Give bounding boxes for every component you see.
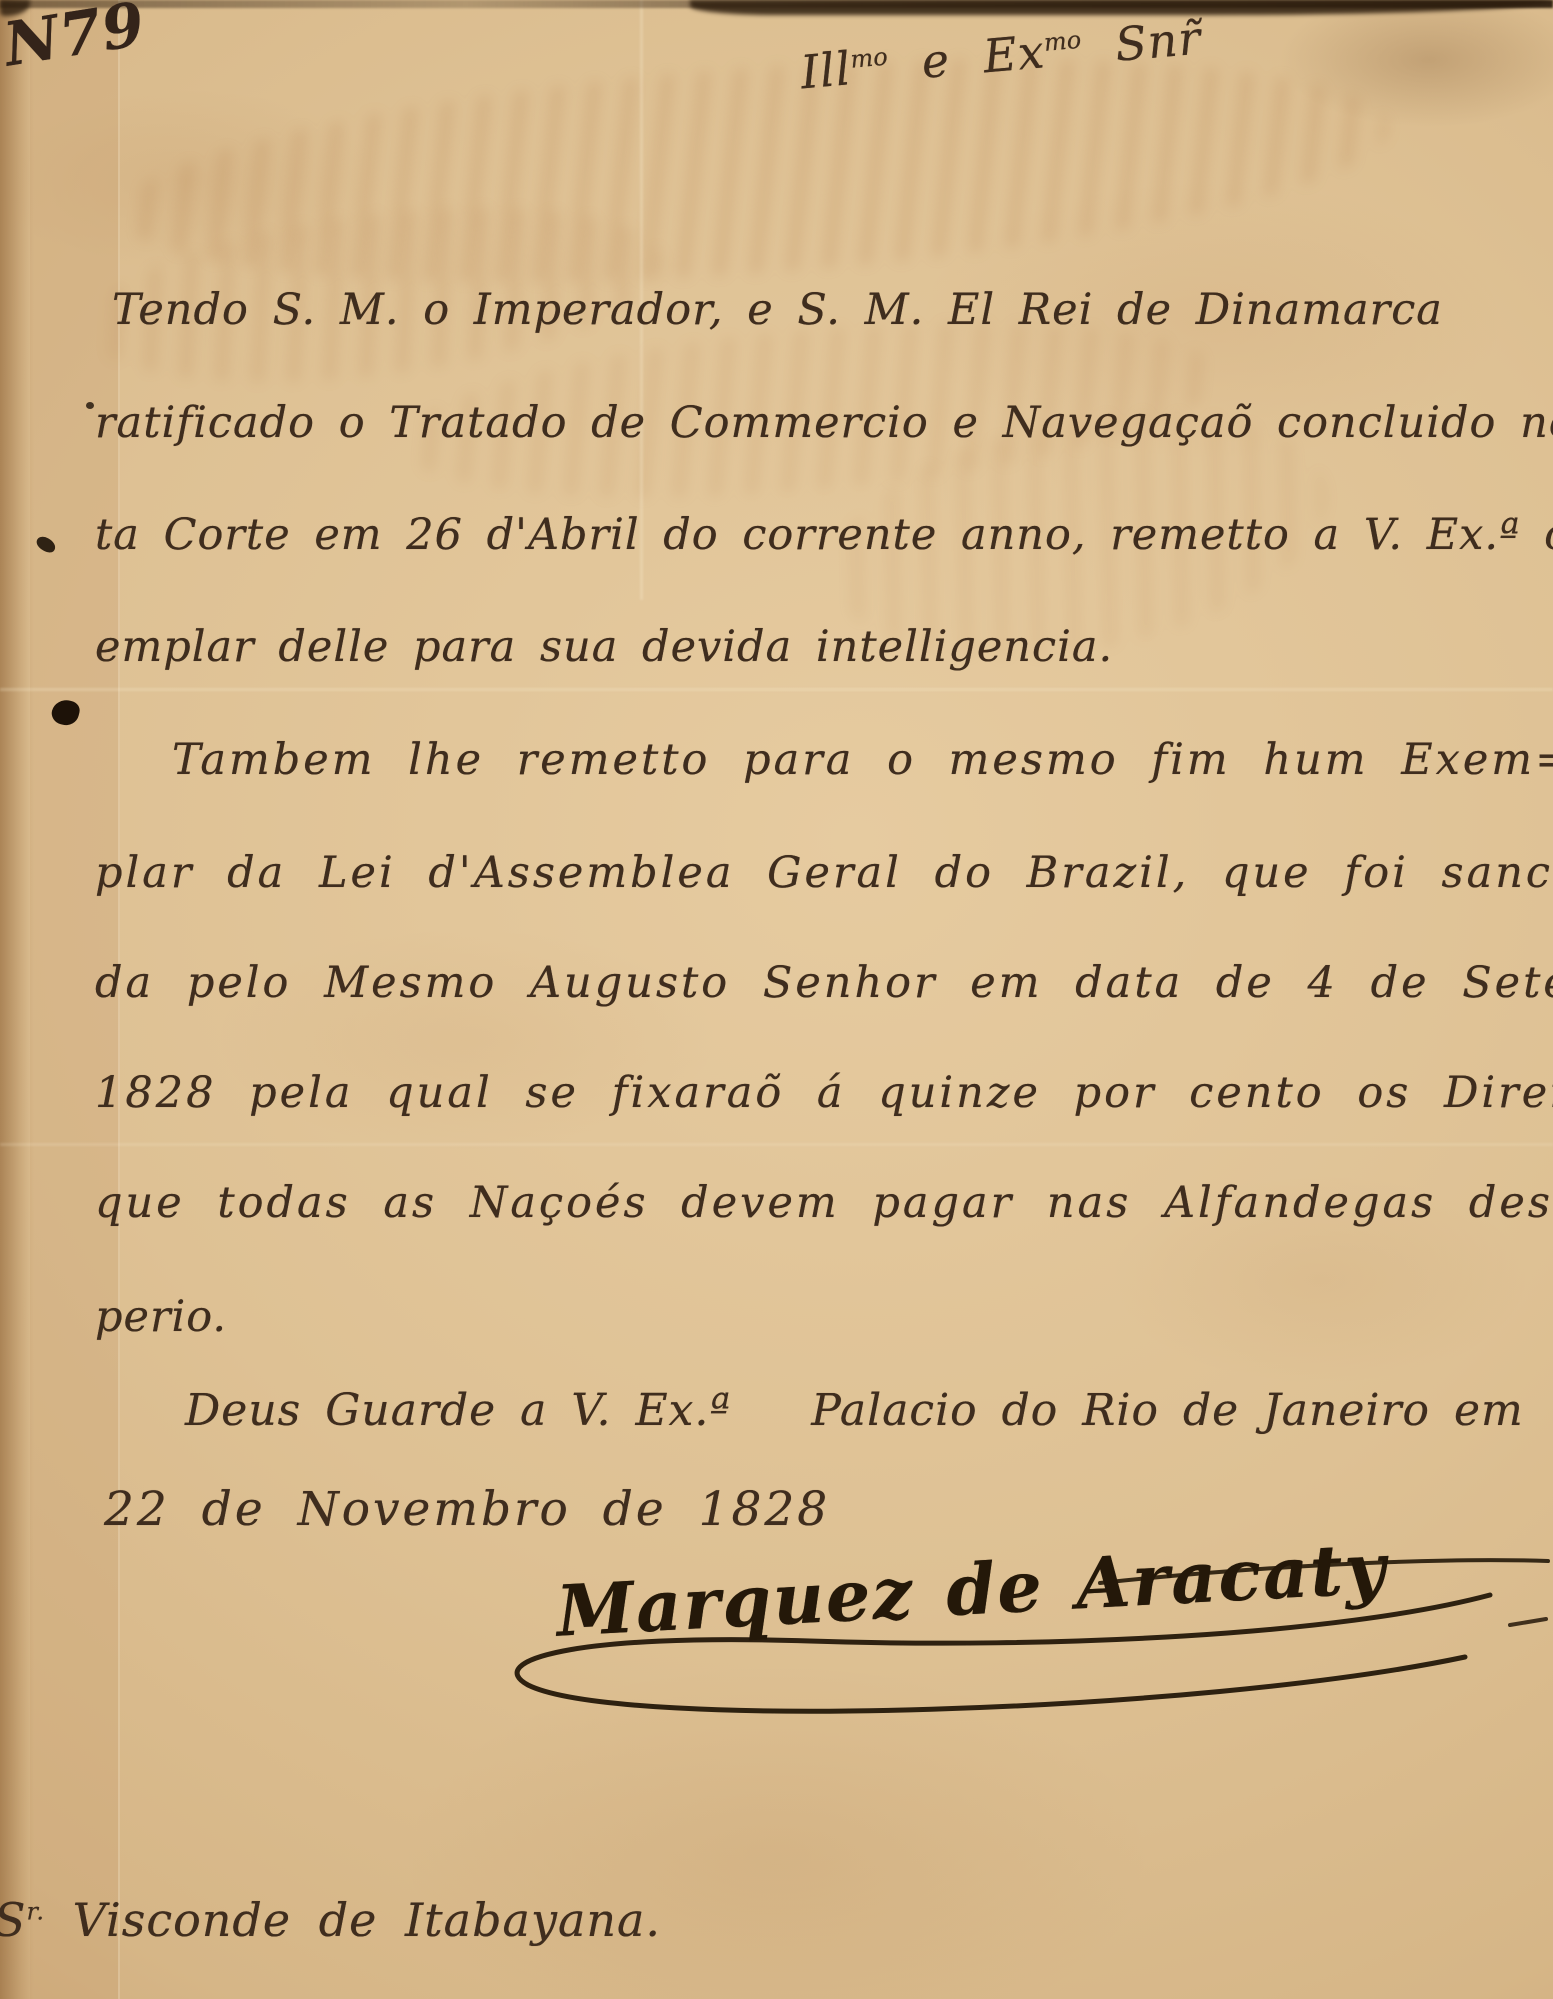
salutation: Illmo e Exmo Snr̃ [798,11,1203,100]
body-line: perio. [95,1292,227,1342]
ink-blot [86,402,94,409]
closing-blessing: Deus Guarde a V. Ex.ª [185,1385,731,1436]
body-line: plar da Lei d'Assemblea Geral do Brazil,… [95,848,1553,898]
salutation-word2-superscript: mo [1043,26,1083,57]
salutation-word1-superscript: mo [849,43,889,74]
salutation-word3: Snr̃ [1113,11,1204,72]
closing-place: Palacio do Rio de Janeiro em [811,1385,1523,1436]
salutation-conjunction: e [919,33,952,89]
body-line: que todas as Naçoés devem pagar nas Alfa… [95,1178,1553,1228]
body-line: da pelo Mesmo Augusto Senhor em data de … [95,958,1553,1008]
body-line: emplar delle para sua devida intelligenc… [95,622,1113,672]
addressee: Sr. Visconde de Itabayana. [0,1893,661,1947]
body-line: ta Corte em 26 d'Abril do corrente anno,… [95,510,1553,560]
addressee-name: Visconde de Itabayana. [73,1893,661,1947]
paper-crease [0,1143,1553,1146]
body-line: ratificado o Tratado de Commercio e Nave… [95,398,1553,448]
top-edge-shadow [690,0,1553,15]
salutation-word2: Ex [981,24,1047,83]
manuscript-letter-page: N79 Illmo e Exmo Snr̃ Tendo S. M. o Impe… [0,0,1553,1999]
ink-bleedthrough [114,24,1395,317]
addressee-prefix-superscript: r. [27,1898,45,1926]
addressee-prefix: S [0,1893,27,1947]
closing-date: 22 de Novembro de 1828 [104,1482,830,1537]
folio-number: N79 [0,0,150,81]
closing-line: Deus Guarde a V. Ex.ª Palacio do Rio de … [185,1385,1524,1436]
body-line: 1828 pela qual se fixaraõ á quinze por c… [95,1068,1553,1118]
left-edge-shadow [0,0,34,1999]
salutation-word1: Ill [798,41,853,99]
body-line: Tambem lhe remetto para o mesmo fim hum … [172,735,1553,785]
body-line: Tendo S. M. o Imperador, e S. M. El Rei … [112,285,1443,335]
paper-crease [0,688,1553,691]
